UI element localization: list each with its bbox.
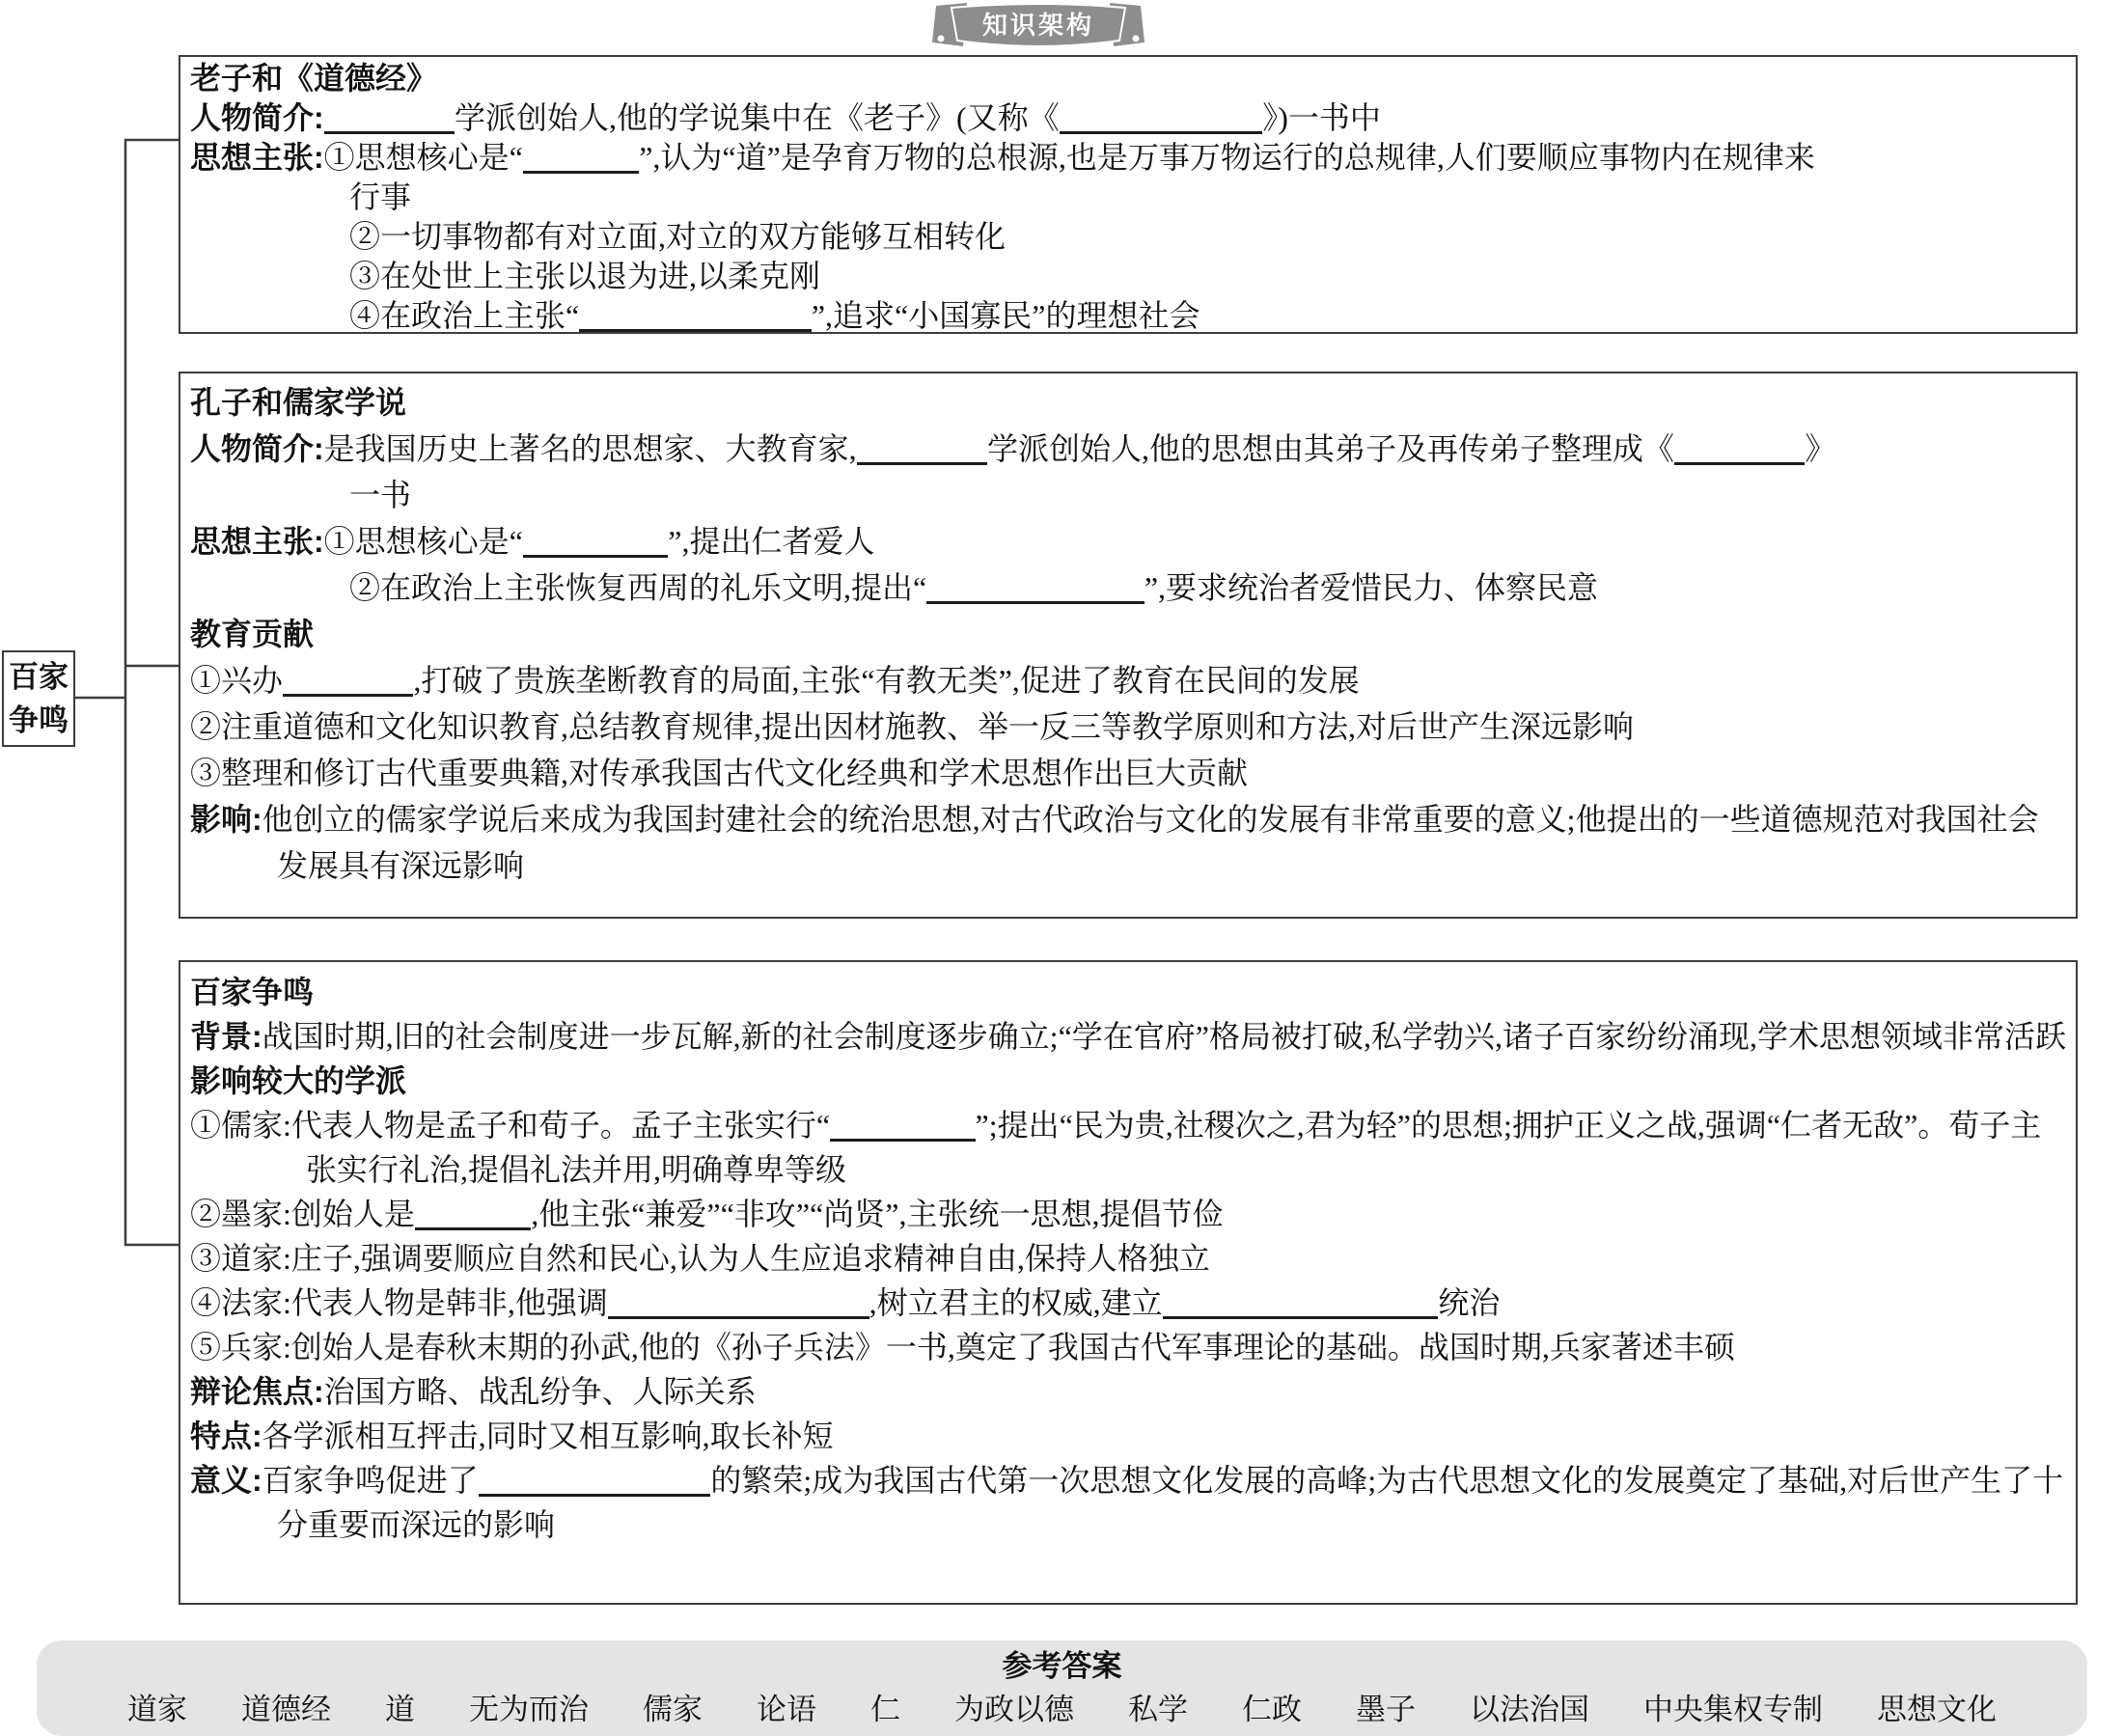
line-text: ①思想核心是“”,提出仁者爱人 [324, 524, 875, 559]
root-topic-label: 百家 争鸣 [2, 650, 75, 747]
section-hundred-schools: 百家争鸣 背景:战国时期,旧的社会制度进一步瓦解,新的社会制度逐步确立;“学在官… [179, 960, 2078, 1605]
fill-in-blank [523, 143, 639, 174]
answer-item: 私学 [1128, 1689, 1188, 1731]
text-line: ①兴办,打破了贵族垄断教育的局面,主张“有教无类”,促进了教育在民间的发展 [190, 657, 2066, 703]
answer-item: 中央集权专制 [1643, 1689, 1823, 1731]
answer-item: 以法治国 [1470, 1689, 1589, 1731]
fill-in-blank [857, 434, 987, 465]
answer-item: 道家 [127, 1689, 187, 1731]
box-title: 老子和《道德经》 [190, 59, 2066, 98]
fill-in-blank [479, 1466, 711, 1497]
text-line: 影响:他创立的儒家学说后来成为我国封建社会的统治思想,对古代政治与文化的发展有非… [190, 796, 2066, 889]
line-text: 他创立的儒家学说后来成为我国封建社会的统治思想,对古代政治与文化的发展有非常重要… [262, 802, 2039, 883]
sub-heading: 影响较大的学派 [190, 1059, 2066, 1103]
text-line: ③整理和修订古代重要典籍,对传承我国古代文化经典和学术思想作出巨大贡献 [190, 750, 2066, 796]
sub-heading: 教育贡献 [190, 611, 2066, 657]
text-line: ③道家:庄子,强调要顺应自然和民心,认为人生应追求精神自由,保持人格独立 [190, 1236, 2066, 1281]
text-line: 特点:各学派相互抨击,同时又相互影响,取长补短 [190, 1414, 2066, 1458]
line-label: 思想主张: [190, 140, 324, 175]
answers-title: 参考答案 [37, 1644, 2087, 1689]
line-label: 人物简介: [190, 431, 324, 466]
fill-in-blank [415, 1199, 531, 1230]
text-line: 一书 [349, 472, 2066, 518]
text-line: 背景:战国时期,旧的社会制度进一步瓦解,新的社会制度逐步确立;“学在官府”格局被… [190, 1014, 2066, 1059]
fill-in-blank [1674, 434, 1805, 465]
answer-item: 儒家 [643, 1689, 703, 1731]
fill-in-blank [926, 573, 1144, 604]
text-line: 意义:百家争鸣促进了的繁荣;成为我国古代第一次思想文化发展的高峰;为古代思想文化… [190, 1458, 2066, 1547]
text-line: ④法家:代表人物是韩非,他强调,树立君主的权威,建立统治 [190, 1281, 2066, 1325]
fill-in-blank [283, 666, 413, 697]
answer-item: 论语 [757, 1689, 816, 1731]
line-text: 是我国历史上著名的思想家、大教育家,学派创始人,他的思想由其弟子及再传弟子整理成… [324, 431, 1836, 466]
text-line: ②注重道德和文化知识教育,总结教育规律,提出因材施教、举一反三等教学原则和方法,… [190, 703, 2066, 750]
line-label: 辩论焦点: [190, 1374, 324, 1409]
text-line: 行事 [349, 178, 2066, 217]
line-text: 各学派相互抨击,同时又相互影响,取长补短 [262, 1419, 834, 1453]
text-line: ④在政治上主张“”,追求“小国寡民”的理想社会 [349, 296, 2066, 334]
answer-item: 墨子 [1356, 1689, 1416, 1731]
line-label: 人物简介: [190, 100, 324, 135]
line-label: 影响: [190, 802, 262, 837]
line-label: 意义: [190, 1463, 262, 1498]
line-label: 思想主张: [190, 524, 324, 559]
line-text: 治国方略、战乱纷争、人际关系 [324, 1374, 757, 1409]
page: 知识架构 百家 争鸣 老子和《道德经》 人物简介:学派创始人,他的学说集中在《老… [0, 0, 2123, 1736]
line-text: 百家争鸣促进了的繁荣;成为我国古代第一次思想文化发展的高峰;为古代思想文化的发展… [262, 1463, 2063, 1542]
text-line: 思想主张:①思想核心是“”,提出仁者爱人 [190, 518, 2066, 565]
banner-label: 知识架构 [982, 11, 1094, 40]
answer-item: 仁政 [1242, 1689, 1302, 1731]
answer-item: 无为而治 [469, 1689, 589, 1731]
text-line: ③在处世上主张以退为进,以柔克刚 [349, 257, 2066, 296]
fill-in-blank [1163, 1288, 1439, 1319]
answer-item: 道 [385, 1689, 415, 1731]
line-text: ①思想核心是“”,认为“道”是孕育万物的总根源,也是万事万物运行的总规律,人们要… [324, 140, 1815, 175]
fill-in-blank [324, 103, 455, 134]
root-topic-line1: 百家 [4, 655, 73, 699]
text-line: ②墨家:创始人是,他主张“兼爱”“非攻”“尚贤”,主张统一思想,提倡节俭 [190, 1192, 2066, 1236]
text-line: 人物简介:学派创始人,他的学说集中在《老子》(又称《》)一书中 [190, 98, 2066, 138]
text-line: 人物简介:是我国历史上著名的思想家、大教育家,学派创始人,他的思想由其弟子及再传… [190, 426, 2066, 472]
reference-answers-panel: 参考答案 道家 道德经 道 无为而治 儒家 论语 仁 为政以德 私学 仁政 墨子… [37, 1640, 2087, 1736]
line-label: 特点: [190, 1419, 262, 1453]
text-line: ②一切事物都有对立面,对立的双方能够互相转化 [349, 217, 2066, 257]
answer-item: 思想文化 [1877, 1689, 1997, 1731]
text-line: ⑤兵家:创始人是春秋末期的孙武,他的《孙子兵法》一书,奠定了我国古代军事理论的基… [190, 1325, 2066, 1369]
line-text: 战国时期,旧的社会制度进一步瓦解,新的社会制度逐步确立;“学在官府”格局被打破,… [262, 1019, 2066, 1054]
section-laozi: 老子和《道德经》 人物简介:学派创始人,他的学说集中在《老子》(又称《》)一书中… [179, 55, 2078, 334]
answer-item: 仁 [870, 1689, 900, 1731]
fill-in-blank [608, 1288, 869, 1319]
fill-in-blank [1060, 103, 1263, 134]
fill-in-blank [579, 301, 812, 332]
text-line: 辩论焦点:治国方略、战乱纷争、人际关系 [190, 1369, 2066, 1414]
section-confucius: 孔子和儒家学说 人物简介:是我国历史上著名的思想家、大教育家,学派创始人,他的思… [179, 372, 2078, 919]
answers-row: 道家 道德经 道 无为而治 儒家 论语 仁 为政以德 私学 仁政 墨子 以法治国… [37, 1689, 2087, 1731]
line-text: 学派创始人,他的学说集中在《老子》(又称《》)一书中 [324, 100, 1381, 135]
box-title: 百家争鸣 [190, 970, 2066, 1014]
line-label: 背景: [190, 1019, 262, 1054]
banner: 知识架构 [926, 0, 1150, 50]
fill-in-blank [523, 527, 668, 558]
fill-in-blank [830, 1111, 975, 1142]
box-title: 孔子和儒家学说 [190, 379, 2066, 426]
text-line: ②在政治上主张恢复西周的礼乐文明,提出“”,要求统治者爱惜民力、体察民意 [349, 565, 2066, 611]
text-line: ①儒家:代表人物是孟子和荀子。孟子主张实行“”;提出“民为贵,社稷次之,君为轻”… [190, 1103, 2066, 1192]
text-line: 思想主张:①思想核心是“”,认为“道”是孕育万物的总根源,也是万事万物运行的总规… [190, 138, 2066, 178]
answer-item: 为政以德 [954, 1689, 1074, 1731]
root-topic-line2: 争鸣 [4, 699, 73, 742]
answer-item: 道德经 [241, 1689, 331, 1731]
